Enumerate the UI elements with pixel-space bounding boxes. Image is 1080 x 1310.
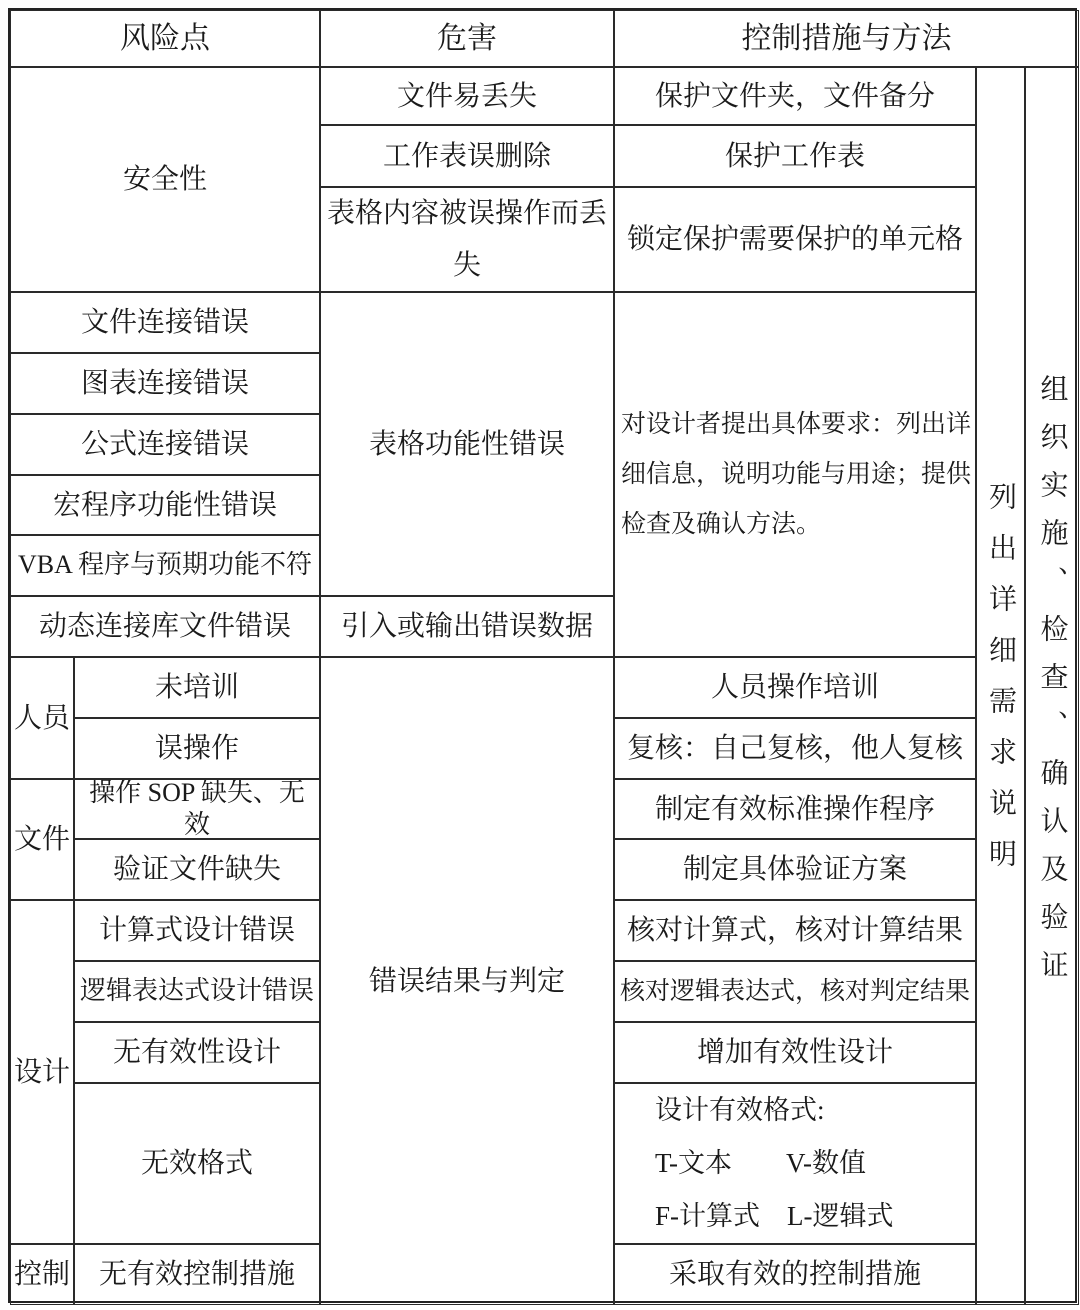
control-cell-establish-sop: 制定有效标准操作程序 — [614, 779, 976, 839]
risk-cell-formula-link-error: 公式连接错误 — [10, 414, 320, 475]
header-risk-point: 风险点 — [10, 10, 320, 67]
risk-cell-vba-mismatch: VBA 程序与预期功能不符 — [10, 535, 320, 596]
risk-cell-invalid-format: 无效格式 — [74, 1083, 320, 1244]
control-cell-review: 复核：自己复核，他人复核 — [614, 718, 976, 779]
control-cell-protect-folder: 保护文件夹，文件备分 — [614, 67, 976, 125]
category-cell-document: 文件 — [10, 779, 74, 900]
hazard-cell-sheet-delete: 工作表误删除 — [320, 125, 614, 187]
control-cell-effective-measures: 采取有效的控制措施 — [614, 1244, 976, 1305]
header-hazard: 危害 — [320, 10, 614, 67]
note-cell-implementation-verification: 组织实施、检查、确认及验证 — [1025, 67, 1079, 1305]
category-cell-personnel: 人员 — [10, 657, 74, 779]
hazard-cell-wrong-data: 引入或输出错误数据 — [320, 596, 614, 657]
control-cell-designer-requirements: 对设计者提出具体要求：列出详 细信息，说明功能与用途；提供 检查及确认方法。 — [614, 292, 976, 657]
category-cell-design: 设计 — [10, 900, 74, 1244]
category-cell-control: 控制 — [10, 1244, 74, 1305]
risk-cell-file-link-error: 文件连接错误 — [10, 292, 320, 353]
hazard-cell-table-function-error: 表格功能性错误 — [320, 292, 614, 596]
risk-cell-validation-doc-missing: 验证文件缺失 — [74, 839, 320, 900]
control-cell-validation-plan: 制定具体验证方案 — [614, 839, 976, 900]
note-cell-detail-requirement: 列出详细需求说明 — [976, 67, 1025, 1305]
risk-cell-macro-error: 宏程序功能性错误 — [10, 475, 320, 535]
header-control: 控制措施与方法 — [614, 10, 1079, 67]
risk-control-table: 风险点 危害 控制措施与方法 安全性 文件易丢失 保护文件夹，文件备分 工作表误… — [8, 8, 1077, 1303]
hazard-cell-error-result-judgment: 错误结果与判定 — [320, 657, 614, 1305]
risk-cell-untrained: 未培训 — [74, 657, 320, 718]
control-cell-check-logic: 核对逻辑表达式，核对判定结果 — [614, 961, 976, 1022]
hazard-content-lost-text: 表格内容被误操作而丢 失 — [327, 188, 607, 292]
control-cell-add-validity-design: 增加有效性设计 — [614, 1022, 976, 1083]
control-cell-check-formula: 核对计算式，核对计算结果 — [614, 900, 976, 961]
risk-cell-formula-design-error: 计算式设计错误 — [74, 900, 320, 961]
control-cell-lock-cells: 锁定保护需要保护的单元格 — [614, 187, 976, 292]
risk-cell-misoperation: 误操作 — [74, 718, 320, 779]
control-cell-protect-sheet: 保护工作表 — [614, 125, 976, 187]
risk-cell-no-validity-design: 无有效性设计 — [74, 1022, 320, 1083]
risk-cell-logic-design-error: 逻辑表达式设计错误 — [74, 961, 320, 1022]
risk-cell-dll-error: 动态连接库文件错误 — [10, 596, 320, 657]
hazard-cell-file-loss: 文件易丢失 — [320, 67, 614, 125]
hazard-cell-content-lost: 表格内容被误操作而丢 失 — [320, 187, 614, 292]
valid-format-text: 设计有效格式: T-文本 V-数值 F-计算式 L-逻辑式 — [655, 1084, 894, 1243]
risk-cell-security: 安全性 — [10, 67, 320, 292]
risk-cell-no-control-measure: 无有效控制措施 — [74, 1244, 320, 1305]
risk-cell-chart-link-error: 图表连接错误 — [10, 353, 320, 414]
risk-cell-sop-missing: 操作 SOP 缺失、无效 — [74, 779, 320, 839]
control-cell-valid-format: 设计有效格式: T-文本 V-数值 F-计算式 L-逻辑式 — [614, 1083, 976, 1244]
control-cell-operator-training: 人员操作培训 — [614, 657, 976, 718]
designer-requirements-text: 对设计者提出具体要求：列出详 细信息，说明功能与用途；提供 检查及确认方法。 — [621, 400, 971, 550]
